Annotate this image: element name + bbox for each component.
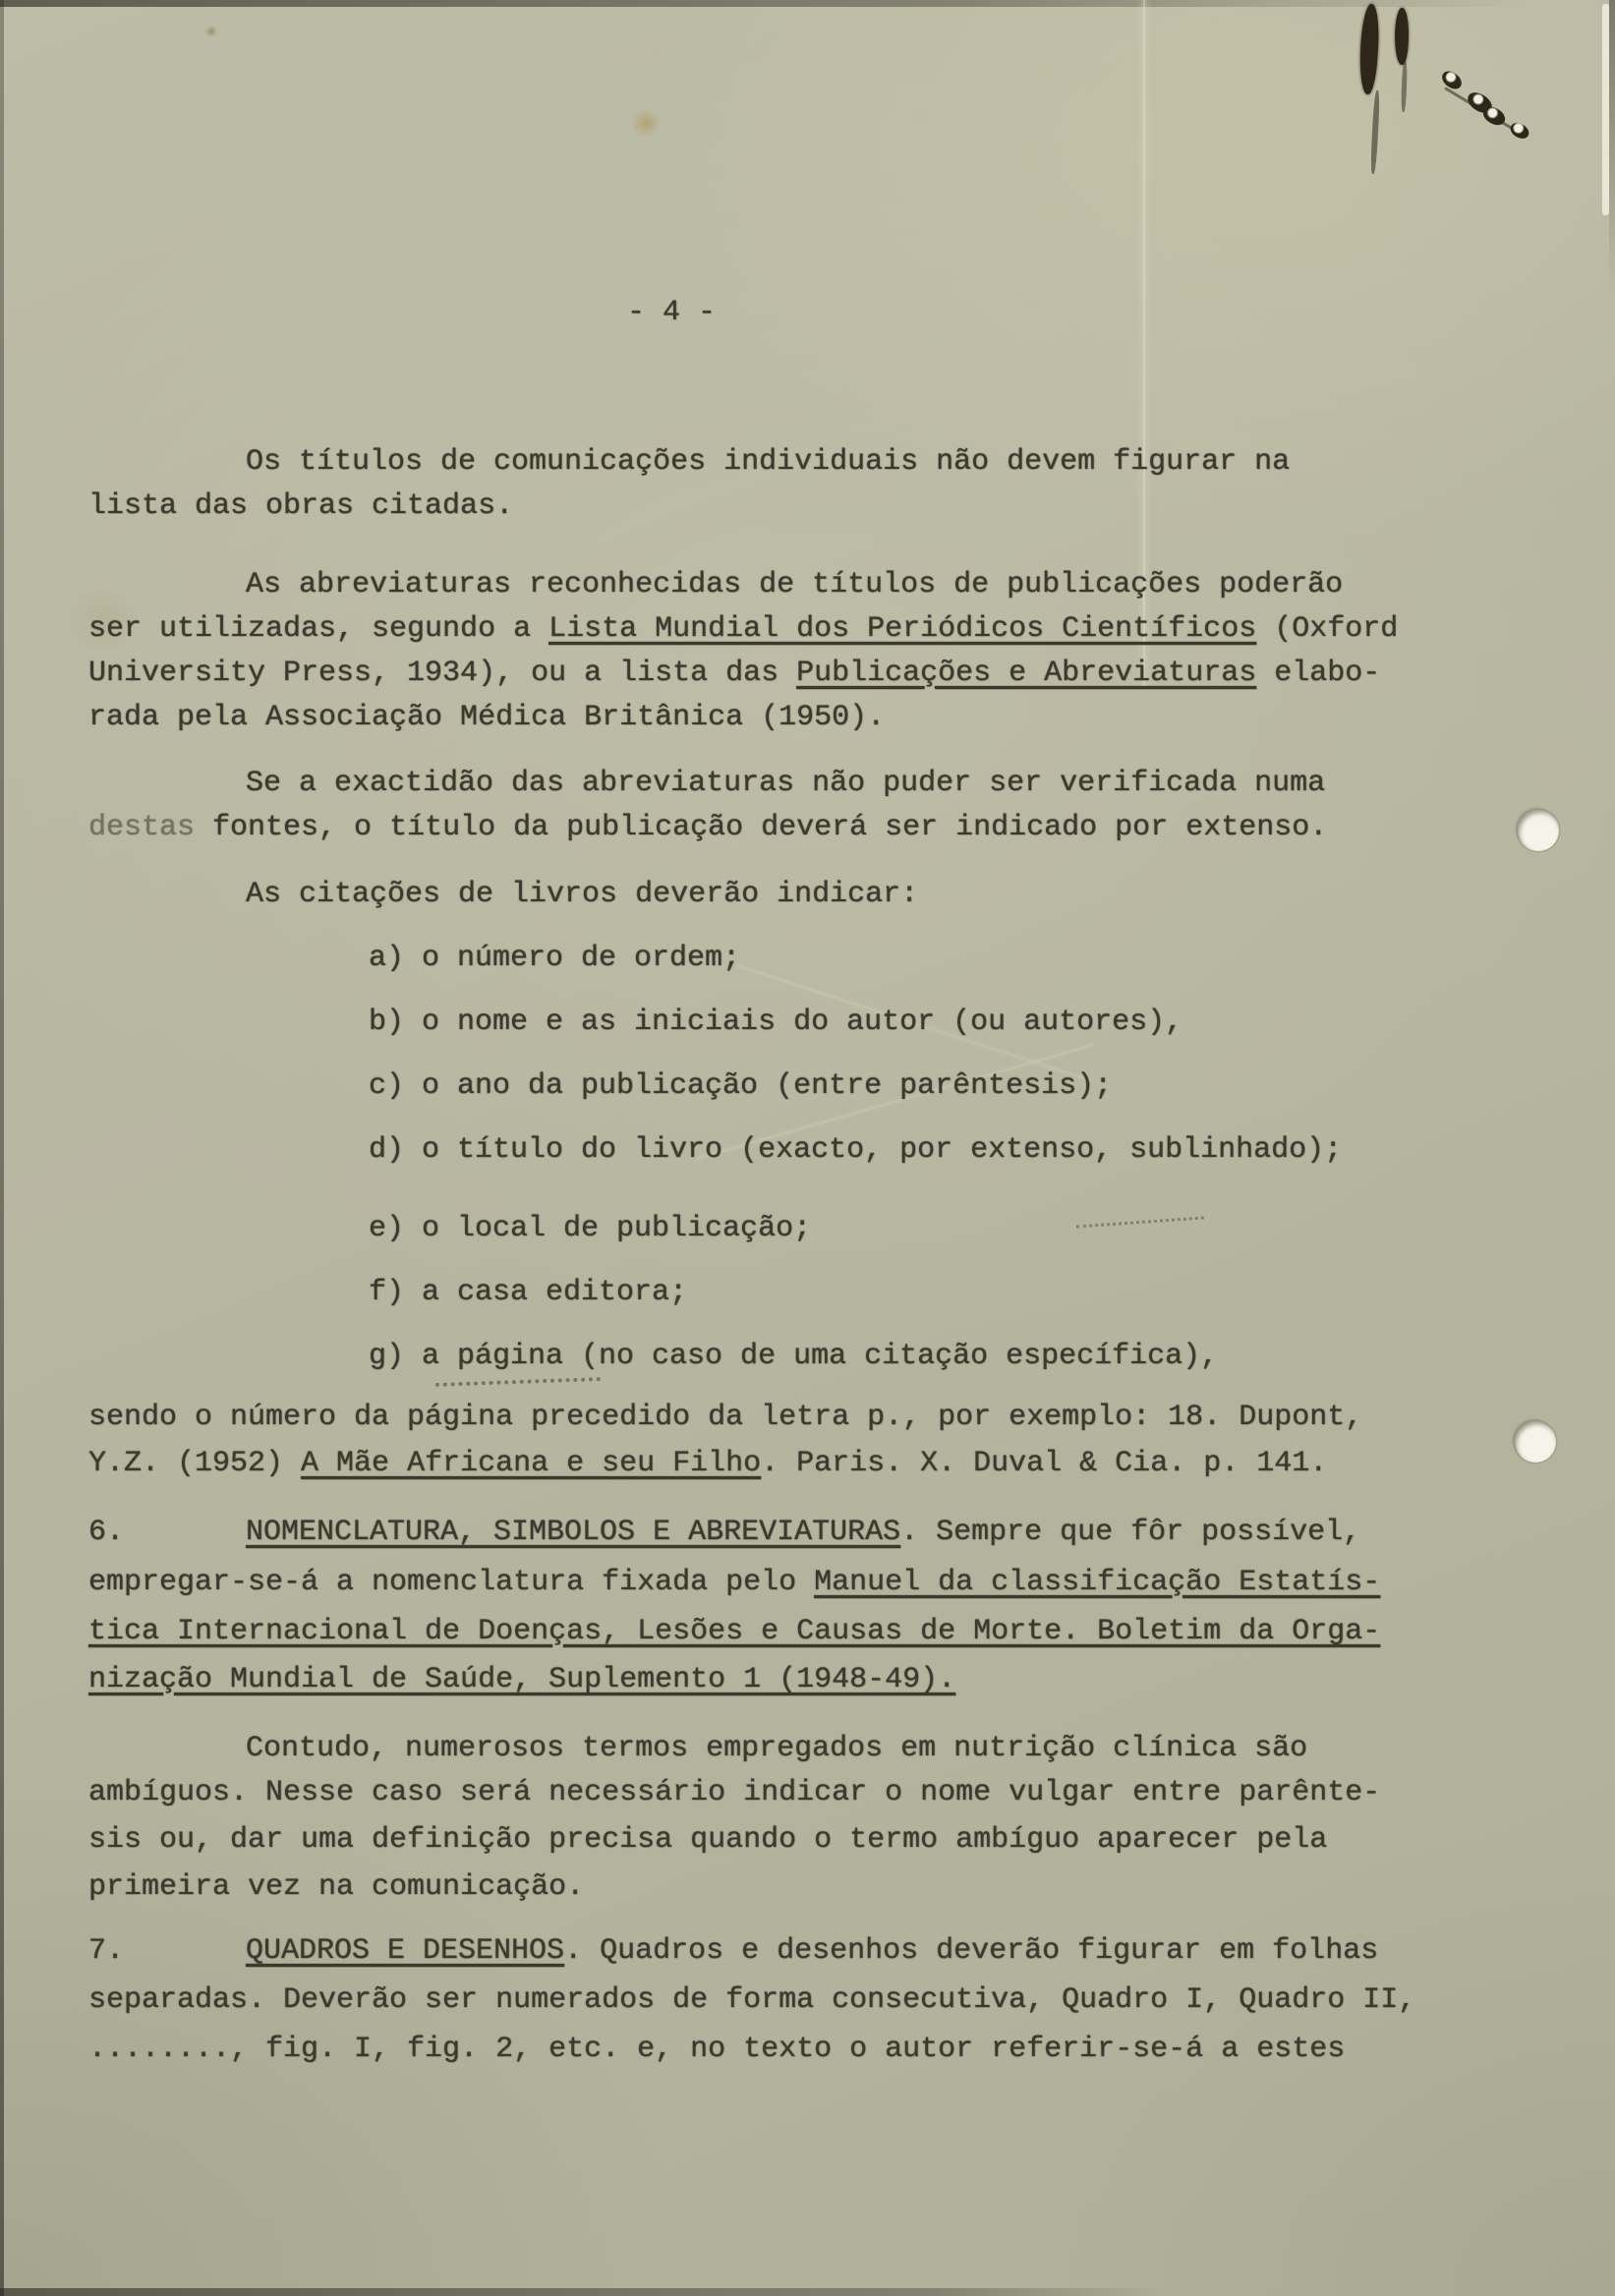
text-segment: elabo- bbox=[1256, 657, 1380, 690]
text-segment: empregar-se-á a nomenclatura fixada pelo bbox=[88, 1566, 814, 1599]
ink-stain-2 bbox=[1394, 8, 1410, 65]
text-segment: Se a exactidão das abreviaturas não pude… bbox=[246, 767, 1325, 800]
text-line: ambíguos. Nesse caso será necessário ind… bbox=[88, 1771, 1517, 1815]
section-number: 7. bbox=[88, 1929, 246, 1974]
text-segment: ser utilizadas, segundo a bbox=[88, 612, 548, 646]
underlined-text: QUADROS E DESENHOS bbox=[246, 1934, 564, 1968]
underlined-text: NOMENCLATURA, SIMBOLOS E ABREVIATURAS bbox=[246, 1516, 900, 1549]
text-segment: sendo o número da página precedido da le… bbox=[88, 1401, 1362, 1434]
text-segment: destas bbox=[88, 811, 195, 844]
text-segment: . Sempre que fôr possível, bbox=[900, 1516, 1360, 1549]
text-segment: ambíguos. Nesse caso será necessário ind… bbox=[88, 1776, 1380, 1809]
text-line: primeira vez na comunicação. bbox=[88, 1865, 1517, 1910]
text-line: Y.Z. (1952) A Mãe Africana e seu Filho. … bbox=[88, 1442, 1517, 1486]
document-body: Os títulos de comunicações individuais n… bbox=[88, 440, 1517, 2072]
section-number: 6. bbox=[88, 1511, 246, 1555]
underlined-text: A Mãe Africana e seu Filho bbox=[301, 1447, 761, 1480]
text-line: empregar-se-á a nomenclatura fixada pelo… bbox=[88, 1561, 1517, 1605]
text-segment: Y.Z. (1952) bbox=[88, 1447, 301, 1480]
text-segment: . Quadros e desenhos deverão figurar em … bbox=[564, 1934, 1378, 1968]
underlined-text: tica Internacional de Doenças, Lesões e … bbox=[88, 1615, 1380, 1648]
text-line: e) o local de publicação; bbox=[88, 1207, 1517, 1251]
text-segment: Contudo, numerosos termos empregados em … bbox=[246, 1732, 1307, 1765]
punch-hole-top bbox=[1518, 810, 1559, 851]
underlined-text: Publicações e Abreviaturas bbox=[796, 657, 1256, 690]
text-line: ser utilizadas, segundo a Lista Mundial … bbox=[88, 607, 1517, 652]
text-line: As citações de livros deverão indicar: bbox=[88, 873, 1517, 917]
text-line: As abreviaturas reconhecidas de títulos … bbox=[88, 563, 1517, 607]
text-line: g) a página (no caso de uma citação espe… bbox=[88, 1335, 1517, 1379]
text-line: rada pela Associação Médica Britânica (1… bbox=[88, 696, 1517, 740]
text-segment: (Oxford bbox=[1256, 612, 1398, 646]
text-line: ........, fig. I, fig. 2, etc. e, no tex… bbox=[88, 2028, 1517, 2072]
page-edge-highlight bbox=[1602, 4, 1609, 215]
text-segment: d) o título do livro (exacto, por extens… bbox=[369, 1133, 1342, 1167]
page-edge-left bbox=[0, 0, 4, 2296]
ink-stain-2-drip bbox=[1401, 61, 1408, 112]
ink-scribble-blob bbox=[1439, 68, 1466, 92]
text-line: Contudo, numerosos termos empregados em … bbox=[88, 1727, 1517, 1771]
text-segment: g) a página (no caso de uma citação espe… bbox=[369, 1340, 1218, 1373]
text-segment: University Press, 1934), ou a lista das bbox=[88, 657, 796, 690]
section-line: 7.QUADROS E DESENHOS. Quadros e desenhos… bbox=[88, 1929, 1517, 1974]
text-line: Os títulos de comunicações individuais n… bbox=[88, 440, 1517, 485]
text-line: nização Mundial de Saúde, Suplemento 1 (… bbox=[88, 1658, 1517, 1702]
text-segment: fontes, o título da publicação deverá se… bbox=[195, 811, 1327, 844]
text-segment: f) a casa editora; bbox=[369, 1276, 687, 1309]
text-segment: b) o nome e as iniciais do autor (ou aut… bbox=[369, 1005, 1182, 1039]
text-line: lista das obras citadas. bbox=[88, 485, 1517, 529]
text-line: separadas. Deverão ser numerados de form… bbox=[88, 1979, 1517, 2023]
text-segment: As citações de livros deverão indicar: bbox=[246, 878, 918, 911]
text-line: University Press, 1934), ou a lista das … bbox=[88, 652, 1517, 696]
page-number: - 4 - bbox=[627, 291, 716, 335]
text-line: sendo o número da página precedido da le… bbox=[88, 1396, 1517, 1440]
text-segment: separadas. Deverão ser numerados de form… bbox=[88, 1983, 1415, 2017]
page-edge-bottom bbox=[0, 2288, 1163, 2296]
text-line: a) o número de ordem; bbox=[88, 937, 1517, 981]
text-segment: . Paris. X. Duval & Cia. p. 141. bbox=[761, 1447, 1327, 1480]
text-line: b) o nome e as iniciais do autor (ou aut… bbox=[88, 1001, 1517, 1045]
text-line: tica Internacional de Doenças, Lesões e … bbox=[88, 1610, 1517, 1654]
text-segment: primeira vez na comunicação. bbox=[88, 1870, 584, 1904]
text-segment: sis ou, dar uma definição precisa quando… bbox=[88, 1823, 1327, 1857]
page-edge-right bbox=[1609, 0, 1615, 295]
ink-stain-1 bbox=[1357, 3, 1381, 94]
text-segment: Os títulos de comunicações individuais n… bbox=[246, 445, 1290, 479]
underlined-text: Manuel da classificação Estatís- bbox=[814, 1566, 1380, 1599]
underlined-text: Lista Mundial dos Periódicos Científicos bbox=[548, 612, 1256, 646]
text-line: c) o ano da publicação (entre parêntesis… bbox=[88, 1064, 1517, 1109]
scanned-document-page: - 4 - Os títulos de comunicações individ… bbox=[0, 0, 1615, 2296]
paper-stain bbox=[629, 110, 663, 136]
text-line: d) o título do livro (exacto, por extens… bbox=[88, 1128, 1517, 1173]
text-line: destas fontes, o título da publicação de… bbox=[88, 806, 1517, 850]
text-segment: rada pela Associação Médica Britânica (1… bbox=[88, 701, 885, 734]
text-segment: lista das obras citadas. bbox=[88, 489, 513, 523]
text-line: f) a casa editora; bbox=[88, 1271, 1517, 1315]
text-line: Se a exactidão das abreviaturas não pude… bbox=[88, 762, 1517, 806]
text-segment: c) o ano da publicação (entre parêntesis… bbox=[369, 1069, 1112, 1103]
section-line: 6.NOMENCLATURA, SIMBOLOS E ABREVIATURAS.… bbox=[88, 1511, 1517, 1555]
punch-hole-bottom bbox=[1515, 1421, 1556, 1463]
underlined-text: nização Mundial de Saúde, Suplemento 1 (… bbox=[88, 1663, 955, 1696]
text-segment: e) o local de publicação; bbox=[369, 1212, 811, 1245]
text-line: sis ou, dar uma definição precisa quando… bbox=[88, 1818, 1517, 1863]
text-segment: ........, fig. I, fig. 2, etc. e, no tex… bbox=[88, 2033, 1345, 2066]
ink-scribble-blob bbox=[1508, 120, 1531, 142]
text-segment: a) o número de ordem; bbox=[369, 942, 740, 975]
text-segment: As abreviaturas reconhecidas de títulos … bbox=[246, 568, 1343, 602]
ink-stain-1-drip bbox=[1370, 90, 1380, 174]
paper-speck bbox=[204, 26, 218, 37]
